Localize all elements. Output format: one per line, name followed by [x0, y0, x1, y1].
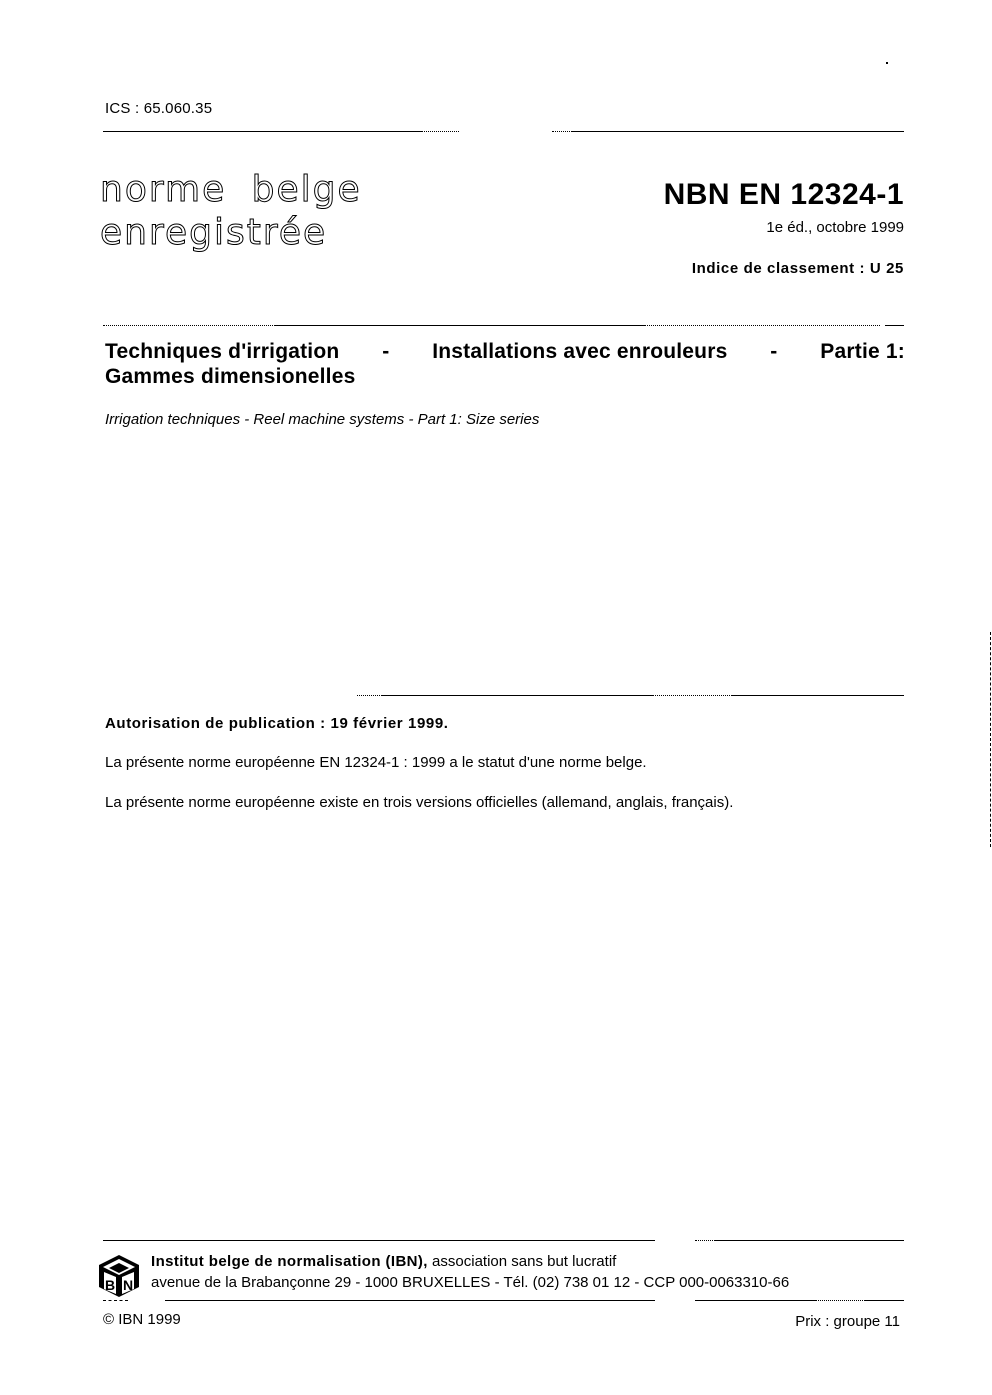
- auth-rule-head: [357, 695, 382, 696]
- top-left-rule: [103, 131, 421, 132]
- price-group: Prix : groupe 11: [795, 1313, 900, 1330]
- title-part: Partie 1:: [820, 339, 905, 364]
- scan-edge-line: [990, 632, 991, 847]
- status-paragraph: La présente norme européenne EN 12324-1 …: [105, 754, 647, 771]
- classification-index: Indice de classement : U 25: [692, 260, 904, 277]
- english-title: Irrigation techniques - Reel machine sys…: [105, 411, 539, 428]
- footer-bottom-rule-mid: [695, 1300, 815, 1301]
- institute-name: Institut belge de normalisation (IBN),: [151, 1253, 428, 1270]
- top-right-rule-head: [552, 131, 572, 132]
- brand-line-2: enregistrée: [100, 211, 362, 254]
- svg-text:N: N: [123, 1277, 133, 1293]
- footer-bottom-rule-right: [865, 1300, 904, 1301]
- auth-rule-dots: [652, 695, 732, 696]
- brand-outline-title: norme belge enregistrée: [100, 168, 362, 254]
- brand-line-1: norme belge: [100, 168, 362, 211]
- title-dash: -: [770, 339, 777, 364]
- french-title: Techniques d'irrigation - Installations …: [105, 339, 905, 389]
- auth-rule: [382, 695, 652, 696]
- footer-bottom-rule: [165, 1300, 655, 1301]
- standard-number: NBN EN 12324-1: [664, 178, 904, 212]
- scan-speck: [886, 62, 888, 64]
- title-rule-dots-left: [103, 325, 275, 326]
- title-part: Techniques d'irrigation: [105, 339, 339, 364]
- footer-top-rule-right: [715, 1240, 904, 1241]
- french-title-line-2: Gammes dimensionelles: [105, 364, 905, 389]
- ibn-cube-logo-icon: B N: [97, 1254, 141, 1298]
- institute-address: avenue de la Brabançonne 29 - 1000 BRUXE…: [151, 1274, 789, 1291]
- authorization-line: Autorisation de publication : 19 février…: [105, 715, 449, 732]
- authorization-label: Autorisation de publication :: [105, 715, 326, 732]
- ics-code: ICS : 65.060.35: [105, 100, 212, 117]
- copyright: © IBN 1999: [103, 1311, 181, 1328]
- footer-bottom-rule-head: [103, 1300, 128, 1301]
- footer-top-rule-dots: [695, 1240, 715, 1241]
- auth-rule-right: [732, 695, 904, 696]
- top-left-rule-tail: [421, 131, 459, 132]
- footer-bottom-rule-dots: [815, 1300, 865, 1301]
- authorization-date: 19 février 1999.: [331, 715, 449, 732]
- institute-line: Institut belge de normalisation (IBN), a…: [151, 1253, 616, 1270]
- top-right-rule: [572, 131, 904, 132]
- institute-description: association sans but lucratif: [428, 1253, 616, 1270]
- title-part: Installations avec enrouleurs: [432, 339, 727, 364]
- edition-date: 1e éd., octobre 1999: [766, 219, 904, 236]
- title-dash: -: [382, 339, 389, 364]
- svg-text:B: B: [105, 1277, 115, 1293]
- title-rule-end: [885, 325, 904, 326]
- title-rule-dots-right: [645, 325, 880, 326]
- versions-paragraph: La présente norme européenne existe en t…: [105, 794, 733, 811]
- footer-top-rule: [103, 1240, 655, 1241]
- title-rule: [275, 325, 645, 326]
